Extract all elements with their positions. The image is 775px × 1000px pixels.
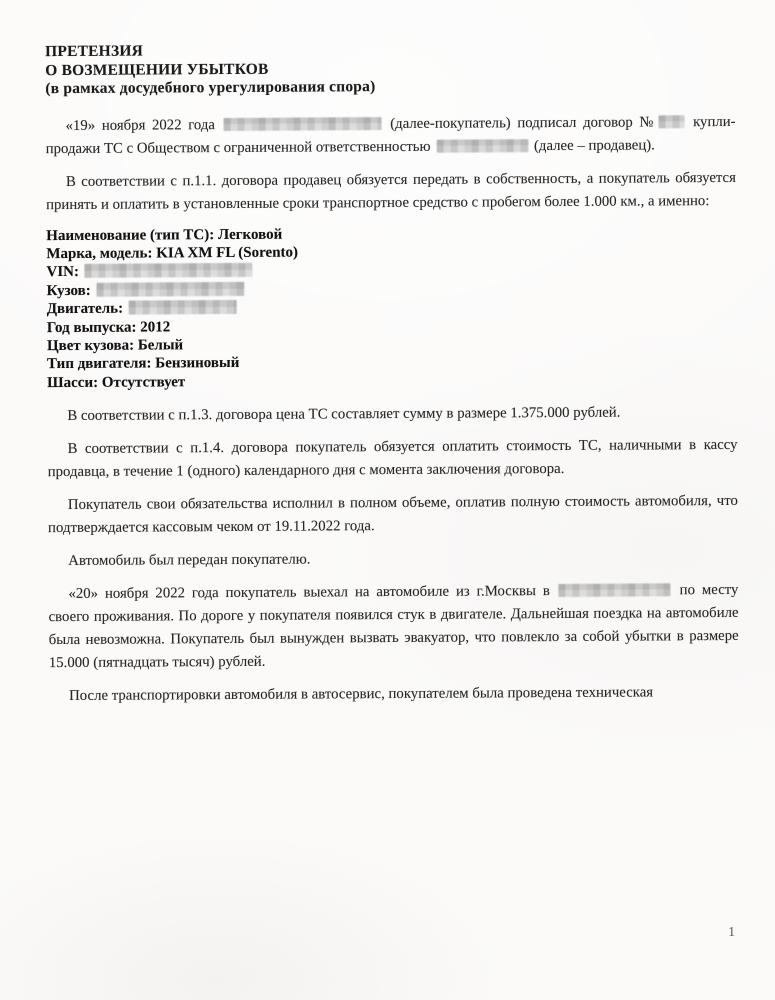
redacted-text [96,282,244,297]
text-segment: В соответствии с п.1.4. договора покупат… [48,437,738,480]
paragraph-service: После транспортировки автомобиля в автос… [49,681,739,708]
scanned-claim-document: ПРЕТЕНЗИЯ О ВОЗМЕЩЕНИИ УБЫТКОВ (в рамках… [0,0,775,1000]
text-segment: Покупатель свои обязательства исполнил в… [48,493,738,536]
sender-from-line [399,21,735,23]
vehicle-specs: Наименование (тип ТС): Легковой Марка, м… [46,222,737,392]
redacted-text [436,139,528,153]
paragraph-clause-1-4: В соответствии с п.1.4. договора покупат… [47,434,737,484]
legal-address-line-2 [399,13,735,15]
recipient-company-line [399,13,735,15]
document-title: ПРЕТЕНЗИЯ О ВОЗМЕЩЕНИИ УБЫТКОВ (в рамках… [45,39,735,99]
recipient-sender-block [399,0,735,15]
text-segment: Цвет кузова: Белый [47,337,183,354]
paragraph-contract-signed: «19» ноября 2022 года (далее-покупатель)… [46,110,736,160]
text-segment: Кузов: [47,283,95,299]
text-segment: Наименование (тип ТС): Легковой [46,226,282,243]
paragraph-payment-done: Покупатель свои обязательства исполнил в… [48,490,738,540]
text-segment: В соответствии с п.1.3. договора цена ТС… [67,405,620,424]
text-segment: В соответствии с п.1.1. договора продаве… [46,169,736,212]
title-subtitle: (в рамках досудебного урегулирования спо… [45,76,735,99]
redacted-text [224,117,382,131]
recipient-to-line [399,13,735,15]
paragraph-breakdown: «20» ноября 2022 года покупатель выехал … [48,579,739,675]
paragraph-clause-1-3: В соответствии с п.1.3. договора цена ТС… [47,401,737,428]
text-segment: «19» ноября 2022 года [66,117,222,134]
sender-address-line-2 [399,21,735,23]
redacted-text [129,300,237,315]
text-segment: Марка, модель: KIA XM FL (Sorento) [46,244,298,262]
sender-address-line [399,21,735,23]
text-segment: (далее-покупатель) подписал договор № [384,114,657,132]
paragraph-clause-1-1: В соответствии с п.1.1. договора продаве… [46,166,736,216]
redacted-text [85,263,253,278]
text-segment: Автомобиль был передан покупателю. [68,552,310,569]
document-body: «19» ноября 2022 года (далее-покупатель)… [46,110,740,708]
text-segment: Шасси: Отсутствует [47,374,185,391]
text-segment: VIN: [46,264,82,280]
text-segment: Двигатель: [47,301,127,317]
legal-address-line [399,13,735,15]
document-content: ПРЕТЕНЗИЯ О ВОЗМЕЩЕНИИ УБЫТКОВ (в рамках… [45,0,739,718]
paragraph-car-transferred: Автомобиль был передан покупателю. [48,546,738,573]
spec-chassis: Шасси: Отсутствует [47,370,737,393]
sender-phone-line [399,21,735,23]
sender-address-line-3 [399,21,735,23]
page-number: 1 [728,924,735,940]
redacted-text [658,115,684,128]
text-segment: После транспортировки автомобиля в автос… [69,685,653,705]
text-segment: «20» ноября 2022 года покупатель выехал … [68,583,556,602]
text-segment: (далее – продавец). [530,137,655,154]
redacted-text [559,583,671,597]
text-segment: Год выпуска: 2012 [47,319,171,336]
text-segment: Тип двигателя: Бензиновый [47,355,239,372]
